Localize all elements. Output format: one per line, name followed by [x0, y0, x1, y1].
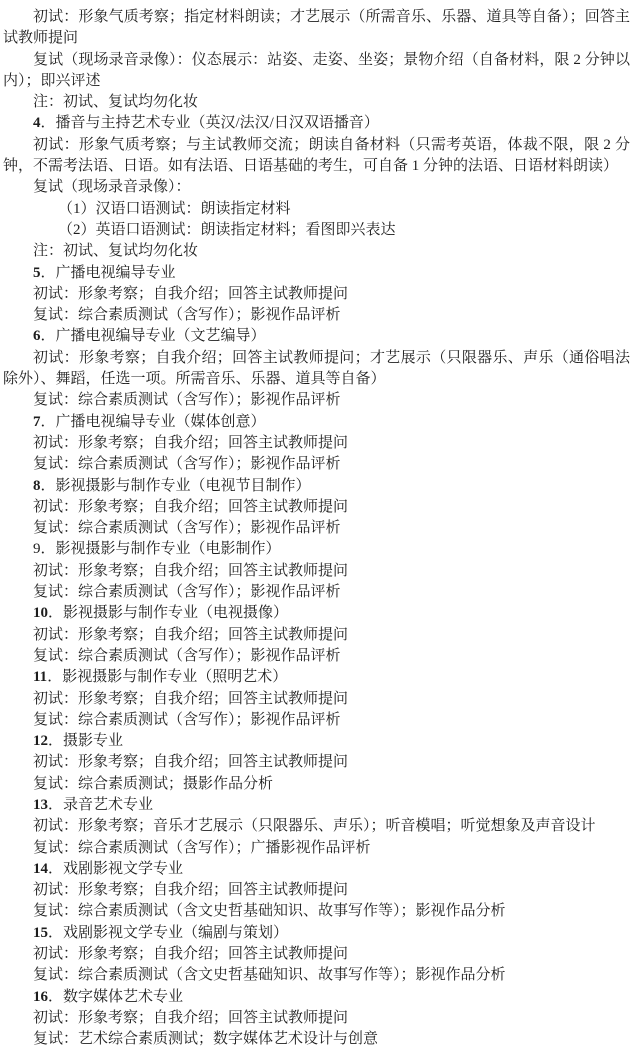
paragraph: 初试：形象考察；自我介绍；回答主试教师提问 [3, 689, 630, 710]
paragraph: 初试：形象考察；自我介绍；回答主试教师提问 [3, 625, 630, 646]
section-number: 7 [33, 414, 41, 430]
section-number-separator: ． [41, 541, 56, 557]
section-number: 10 [33, 605, 48, 621]
paragraph: 初试：形象考察；自我介绍；回答主试教师提问 [3, 561, 630, 582]
paragraph: 复试（现场录音录像）： [3, 177, 630, 198]
section-heading: 10．影视摄影与制作专业（电视摄像） [3, 603, 630, 624]
paragraph: 初试：形象考察；自我介绍；回答主试教师提问 [3, 497, 630, 518]
section-title: 戏剧影视文学专业（编剧与策划） [63, 925, 288, 941]
section-title: 影视摄影与制作专业（电视节目制作） [56, 478, 311, 494]
document-body: 初试：形象气质考察；指定材料朗读；才艺展示（所需音乐、乐器、道具等自备）；回答主… [3, 7, 630, 1051]
section-heading: 11．影视摄影与制作专业（照明艺术） [3, 667, 630, 688]
paragraph: 初试：形象考察；自我介绍；回答主试教师提问 [3, 944, 630, 965]
paragraph: 初试：形象气质考察；指定材料朗读；才艺展示（所需音乐、乐器、道具等自备）；回答主… [3, 7, 630, 50]
section-number: 15 [33, 925, 48, 941]
paragraph: 复试：综合素质测试（含文史哲基础知识、故事写作等）；影视作品分析 [3, 901, 630, 922]
paragraph: 复试（现场录音录像）：仪态展示：站姿、走姿、坐姿；景物介绍（自备材料，限 2 分… [3, 50, 630, 93]
paragraph: 初试：形象考察；音乐才艺展示（只限器乐、声乐）；听音模唱；听觉想象及声音设计 [3, 816, 630, 837]
section-heading: 7．广播电视编导专业（媒体创意） [3, 412, 630, 433]
section-number-separator: ． [48, 605, 63, 621]
section-number-separator: ． [48, 861, 63, 877]
paragraph: 复试：综合素质测试（含写作）；影视作品评析 [3, 646, 630, 667]
section-title: 广播电视编导专业 [56, 265, 176, 281]
section-number: 13 [33, 797, 48, 813]
section-heading: 13．录音艺术专业 [3, 795, 630, 816]
paragraph: 复试：综合素质测试（含写作）；影视作品评析 [3, 582, 630, 603]
paragraph: 初试：形象考察；自我介绍；回答主试教师提问 [3, 752, 630, 773]
document-page: 初试：形象气质考察；指定材料朗读；才艺展示（所需音乐、乐器、道具等自备）；回答主… [0, 0, 634, 1058]
section-title: 影视摄影与制作专业（照明艺术） [62, 669, 287, 685]
section-heading: 5．广播电视编导专业 [3, 263, 630, 284]
paragraph: 复试：综合素质测试；摄影作品分析 [3, 774, 630, 795]
section-title: 录音艺术专业 [63, 797, 153, 813]
section-number-separator: ． [41, 478, 56, 494]
section-heading: 4．播音与主持艺术专业（英汉/法汉/日汉双语播音） [3, 113, 630, 134]
section-number-separator: ． [47, 669, 62, 685]
section-number: 6 [33, 328, 41, 344]
section-number-separator: ． [48, 925, 63, 941]
section-title: 广播电视编导专业（文艺编导） [56, 328, 266, 344]
section-title: 播音与主持艺术专业（英汉/法汉/日汉双语播音） [56, 115, 379, 131]
paragraph: 初试：形象考察；自我介绍；回答主试教师提问；才艺展示（只限器乐、声乐（通俗唱法除… [3, 348, 630, 391]
section-title: 影视摄影与制作专业（电视摄像） [63, 605, 288, 621]
paragraph: 复试：艺术综合素质测试；数字媒体艺术设计与创意 [3, 1029, 630, 1050]
section-number: 11 [33, 669, 47, 685]
section-title: 广播电视编导专业（媒体创意） [56, 414, 266, 430]
section-number: 8 [33, 478, 41, 494]
section-number: 16 [33, 989, 48, 1005]
section-number: 4 [33, 115, 41, 131]
section-heading: 15．戏剧影视文学专业（编剧与策划） [3, 923, 630, 944]
note-paragraph: 注：初试、复试均勿化妆 [3, 92, 630, 113]
section-number-separator: ． [48, 797, 63, 813]
section-heading: 6．广播电视编导专业（文艺编导） [3, 326, 630, 347]
paragraph: 初试：形象考察；自我介绍；回答主试教师提问 [3, 433, 630, 454]
paragraph: 初试：形象气质考察；与主试教师交流；朗读自备材料（只需考英语，体裁不限，限 2 … [3, 135, 630, 178]
section-number: 9 [33, 541, 41, 557]
paragraph: 复试：综合素质测试（含文史哲基础知识、故事写作等）；影视作品分析 [3, 965, 630, 986]
paragraph: 复试：综合素质测试（含写作）；影视作品评析 [3, 454, 630, 475]
section-number-separator: ． [48, 733, 63, 749]
section-number: 14 [33, 861, 48, 877]
paragraph: 复试：综合素质测试（含写作）；影视作品评析 [3, 390, 630, 411]
paragraph: 初试：形象考察；自我介绍；回答主试教师提问 [3, 880, 630, 901]
section-heading: 16．数字媒体艺术专业 [3, 987, 630, 1008]
paragraph: 复试：综合素质测试（含写作）；影视作品评析 [3, 305, 630, 326]
section-title: 影视摄影与制作专业（电影制作） [56, 541, 281, 557]
paragraph: 初试：形象考察；自我介绍；回答主试教师提问 [3, 284, 630, 305]
section-title: 数字媒体艺术专业 [63, 989, 183, 1005]
section-number: 12 [33, 733, 48, 749]
paragraph: 复试：综合素质测试（含写作）；影视作品评析 [3, 518, 630, 539]
sub-item: （1）汉语口语测试：朗读指定材料 [3, 199, 630, 220]
sub-item: （2）英语口语测试：朗读指定材料；看图即兴表达 [3, 220, 630, 241]
note-paragraph: 注：初试、复试均勿化妆 [3, 241, 630, 262]
section-heading: 14．戏剧影视文学专业 [3, 859, 630, 880]
section-number-separator: ． [41, 414, 56, 430]
section-number-separator: ． [41, 328, 56, 344]
section-number-separator: ． [48, 989, 63, 1005]
section-number-separator: ． [41, 265, 56, 281]
section-number: 5 [33, 265, 41, 281]
section-title: 摄影专业 [63, 733, 123, 749]
section-heading: 9．影视摄影与制作专业（电影制作） [3, 539, 630, 560]
paragraph: 复试：综合素质测试（含写作）；影视作品评析 [3, 710, 630, 731]
section-heading: 8．影视摄影与制作专业（电视节目制作） [3, 476, 630, 497]
section-number-separator: ． [41, 115, 56, 131]
section-title: 戏剧影视文学专业 [63, 861, 183, 877]
section-heading: 12．摄影专业 [3, 731, 630, 752]
paragraph: 初试：形象考察；自我介绍；回答主试教师提问 [3, 1008, 630, 1029]
paragraph: 复试：综合素质测试（含写作）；广播影视作品评析 [3, 838, 630, 859]
